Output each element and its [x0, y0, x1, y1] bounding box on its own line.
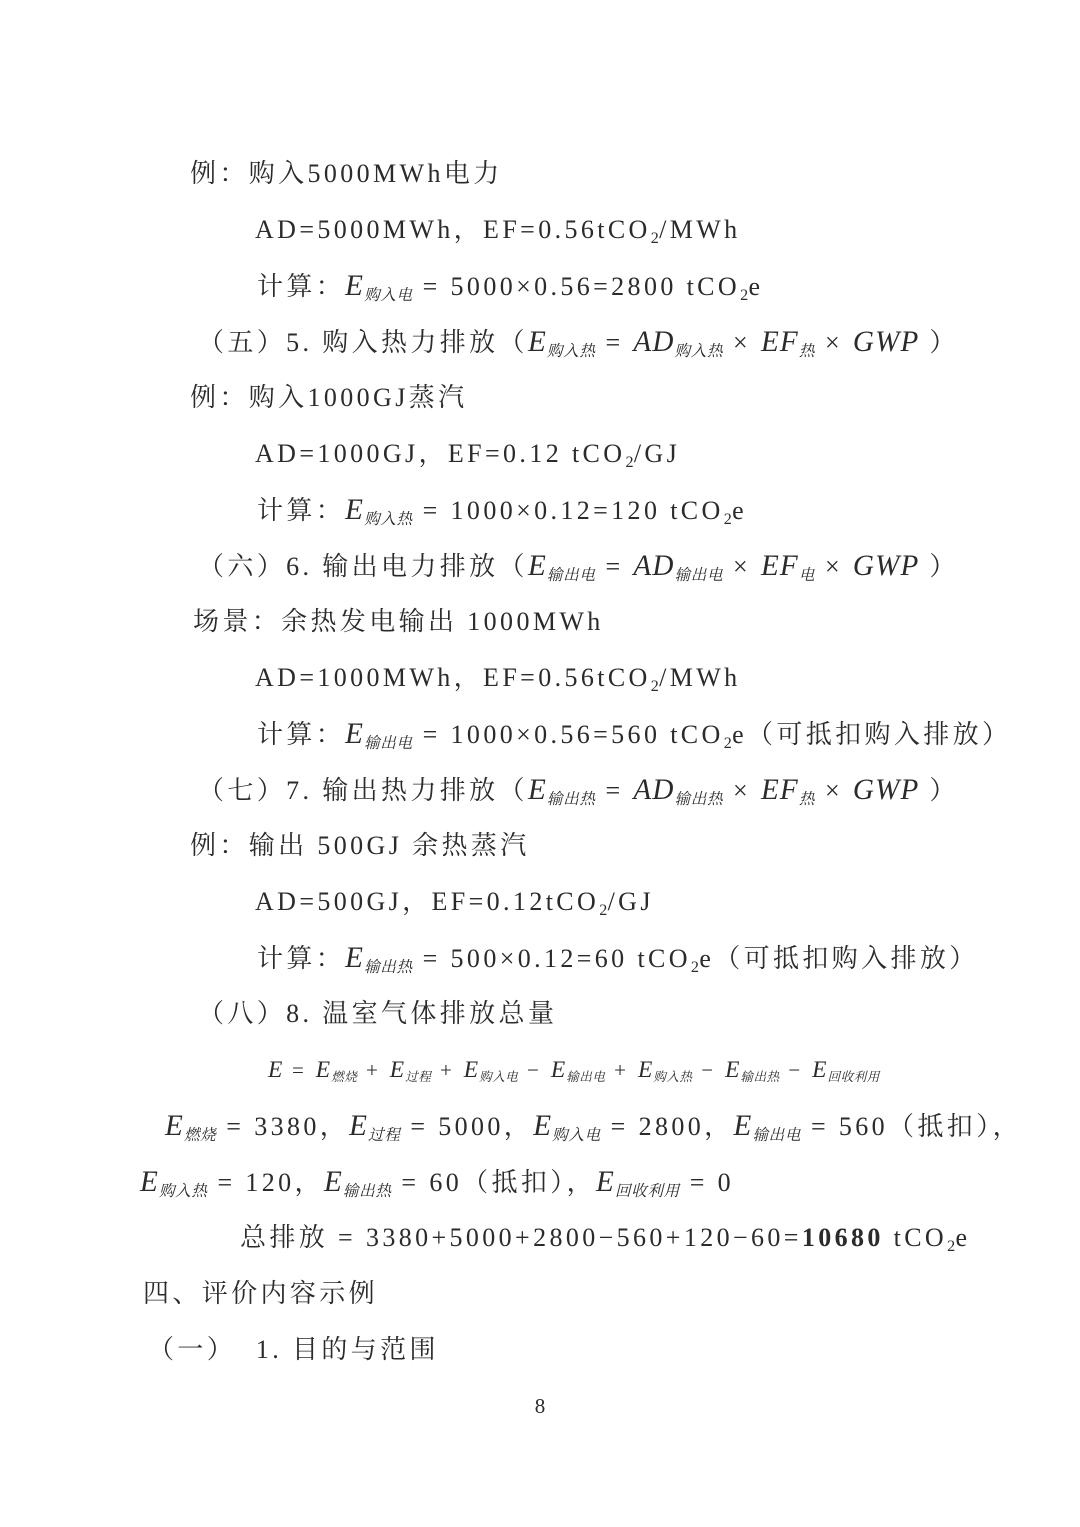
document-body: 例：购入5000MWh电力AD=5000MWh，EF=0.56tCO2/MWh计… [0, 146, 1080, 1378]
math-variable: E [349, 1110, 368, 1142]
subscript: 2 [651, 678, 659, 695]
purchased-heat-calculation: 计算：E购入热 = 1000×0.12=120 tCO2e [0, 482, 1080, 538]
subscript: 购入电 [552, 1127, 601, 1144]
math-variable: AD [633, 774, 674, 806]
text-run: ） [919, 552, 958, 581]
subscript: 回收利用 [827, 1070, 879, 1084]
subscript: 购入热 [364, 511, 413, 528]
math-variable: E [528, 774, 547, 806]
exported-heat-example: 例：输出 500GJ 余热蒸汽 [0, 818, 1080, 874]
text-run: ） [919, 328, 958, 357]
text-run: 计算： [257, 272, 345, 301]
math-variable: E [345, 718, 364, 750]
subscript: 输出电 [547, 567, 596, 584]
document-page: 例：购入5000MWh电力AD=5000MWh，EF=0.56tCO2/MWh计… [0, 0, 1080, 1527]
text-run: AD=1000GJ，EF=0.12 tCO [255, 439, 625, 468]
math-variable: E [345, 494, 364, 526]
text-run: e [955, 1223, 970, 1252]
text-run: − [693, 1058, 725, 1082]
math-variable: E [390, 1057, 405, 1083]
subscript: 电 [799, 567, 815, 584]
subscript: 热 [799, 791, 815, 808]
math-variable: E [268, 1057, 283, 1083]
text-run: × [815, 328, 853, 357]
text-run: ） [919, 776, 958, 805]
exported-heat-parameters: AD=500GJ，EF=0.12tCO2/GJ [0, 874, 1080, 930]
text-run: AD=1000MWh，EF=0.56tCO [255, 663, 651, 692]
text-run: /MWh [659, 215, 740, 244]
purchased-heat-parameters: AD=1000GJ，EF=0.12 tCO2/GJ [0, 426, 1080, 482]
section-5-purchased-heat-heading: （五）5. 购入热力排放（E购入热 = AD购入热 × EF热 × GWP ） [0, 314, 1080, 370]
text-run: = 120， [208, 1168, 324, 1197]
math-variable: AD [633, 550, 674, 582]
text-run: = [596, 552, 634, 581]
subscript: 购入电 [364, 287, 413, 304]
subscript: 输出电 [675, 567, 724, 584]
subscript: 2 [651, 230, 659, 247]
section-7-exported-heat-heading: （七）7. 输出热力排放（E输出热 = AD输出热 × EF热 × GWP ） [0, 762, 1080, 818]
text-run: 例：购入5000MWh电力 [190, 159, 503, 188]
text-run: 计算： [257, 720, 345, 749]
subscript: 输出电 [752, 1127, 801, 1144]
math-variable: E [528, 550, 547, 582]
text-run: = 5000×0.56=2800 tCO [413, 272, 740, 301]
text-run: /MWh [659, 663, 740, 692]
subscript: 热 [799, 343, 815, 360]
text-run: 总排放 = 3380+5000+2800−560+120−60= [240, 1223, 802, 1252]
math-variable: E [533, 1110, 552, 1142]
text-run: AD=500GJ，EF=0.12tCO [255, 887, 599, 916]
math-variable: E [316, 1057, 331, 1083]
text-run: + [357, 1058, 389, 1082]
subscript: 输出热 [364, 959, 413, 976]
subscript: 2 [625, 454, 633, 471]
text-run: = 2800， [601, 1112, 734, 1141]
text-run: = 1000×0.12=120 tCO [413, 496, 724, 525]
emission-values-line-1: E燃烧 = 3380，E过程 = 5000，E购入电 = 2800，E输出电 =… [0, 1098, 1080, 1154]
math-variable: E [140, 1166, 159, 1198]
subscript: 过程 [405, 1070, 431, 1084]
subscript: 2 [724, 735, 732, 752]
text-run: × [815, 552, 853, 581]
subscript: 2 [724, 511, 732, 528]
text-run: − [518, 1058, 550, 1082]
subscript: 购入热 [159, 1183, 208, 1200]
text-run: /GJ [634, 439, 680, 468]
text-run: e [732, 496, 747, 525]
purchased-electricity-calculation: 计算：E购入电 = 5000×0.56=2800 tCO2e [0, 258, 1080, 314]
text-run: = 500×0.12=60 tCO [413, 944, 691, 973]
text-run: （八）8. 温室气体排放总量 [198, 999, 557, 1028]
math-variable: E [812, 1057, 827, 1083]
text-run: （一） 1. 目的与范围 [148, 1335, 439, 1364]
math-variable: E [165, 1110, 184, 1142]
section-8-total-emissions-heading: （八）8. 温室气体排放总量 [0, 986, 1080, 1042]
text-run: 计算： [257, 944, 345, 973]
math-variable: GWP [853, 774, 920, 806]
math-variable: E [725, 1057, 740, 1083]
math-variable: E [345, 270, 364, 302]
subscript: 输出热 [675, 791, 724, 808]
total-emissions-formula: E = E燃烧 + E过程 + E购入电 − E输出电 + E购入热 − E输出… [0, 1042, 1080, 1098]
purchased-electricity-parameters: AD=5000MWh，EF=0.56tCO2/MWh [0, 202, 1080, 258]
page-number: 8 [0, 1378, 1080, 1434]
math-variable: E [345, 942, 364, 974]
math-variable: E [551, 1057, 566, 1083]
text-run: AD=5000MWh，EF=0.56tCO [255, 215, 651, 244]
text-run: tCO [884, 1223, 947, 1252]
text-run: （六）6. 输出电力排放（ [198, 552, 528, 581]
text-run: = 60（抵扣）， [392, 1168, 596, 1197]
subscript: 购入热 [653, 1070, 692, 1084]
text-run: 计算： [257, 496, 345, 525]
subsection-1-purpose-scope-heading: （一） 1. 目的与范围 [0, 1322, 1080, 1378]
emission-values-line-2: E购入热 = 120，E输出热 = 60（抵扣），E回收利用 = 0 [0, 1154, 1080, 1210]
subscript: 输出电 [364, 735, 413, 752]
subscript: 燃烧 [331, 1070, 357, 1084]
text-run: （五）5. 购入热力排放（ [198, 328, 528, 357]
text-run: = [283, 1058, 315, 1082]
text-run: = [596, 328, 634, 357]
subscript: 输出热 [547, 791, 596, 808]
purchased-electricity-example: 例：购入5000MWh电力 [0, 146, 1080, 202]
text-run: = 1000×0.56=560 tCO [413, 720, 724, 749]
math-variable: EF [761, 326, 799, 358]
math-variable: GWP [853, 326, 920, 358]
math-variable: EF [761, 550, 799, 582]
text-run: 例：输出 500GJ 余热蒸汽 [190, 831, 530, 860]
text-run: 例：购入1000GJ蒸汽 [190, 383, 467, 412]
subscript: 输出电 [566, 1070, 605, 1084]
text-run: = 3380， [216, 1112, 349, 1141]
text-run: + [606, 1058, 638, 1082]
subscript: 输出热 [740, 1070, 779, 1084]
text-run: = 5000， [400, 1112, 533, 1141]
subscript: 回收利用 [615, 1183, 680, 1200]
text-run: × [723, 552, 761, 581]
text-run: × [723, 328, 761, 357]
subscript: 燃烧 [184, 1127, 216, 1144]
section-4-heading: 四、评价内容示例 [0, 1266, 1080, 1322]
math-variable: E [596, 1166, 615, 1198]
math-variable: E [638, 1057, 653, 1083]
text-run: + [431, 1058, 463, 1082]
text-run: 10680 [802, 1223, 884, 1252]
math-variable: E [464, 1057, 479, 1083]
text-run: e（可抵扣购入排放） [699, 944, 978, 973]
subscript: 购入热 [547, 343, 596, 360]
section-6-exported-electricity-heading: （六）6. 输出电力排放（E输出电 = AD输出电 × EF电 × GWP ） [0, 538, 1080, 594]
exported-electricity-scenario: 场景：余热发电输出 1000MWh [0, 594, 1080, 650]
text-run: = 0 [680, 1168, 734, 1197]
text-run: 四、评价内容示例 [143, 1279, 378, 1308]
total-emissions-result: 总排放 = 3380+5000+2800−560+120−60=10680 tC… [0, 1210, 1080, 1266]
text-run: 场景：余热发电输出 1000MWh [193, 607, 604, 636]
exported-electricity-parameters: AD=1000MWh，EF=0.56tCO2/MWh [0, 650, 1080, 706]
math-variable: E [324, 1166, 343, 1198]
subscript: 过程 [368, 1127, 400, 1144]
subscript: 输出热 [343, 1183, 392, 1200]
math-variable: E [734, 1110, 753, 1142]
math-variable: AD [633, 326, 674, 358]
exported-heat-calculation: 计算：E输出热 = 500×0.12=60 tCO2e（可抵扣购入排放） [0, 930, 1080, 986]
text-run: = 560（抵扣）， [801, 1112, 1022, 1141]
text-run: − [780, 1058, 812, 1082]
text-run: × [815, 776, 853, 805]
purchased-heat-example: 例：购入1000GJ蒸汽 [0, 370, 1080, 426]
text-run: e [748, 272, 763, 301]
math-variable: EF [761, 774, 799, 806]
subscript: 购入热 [675, 343, 724, 360]
subscript: 2 [599, 902, 607, 919]
text-run: × [723, 776, 761, 805]
math-variable: E [528, 326, 547, 358]
text-run: /GJ [608, 887, 654, 916]
text-run: （七）7. 输出热力排放（ [198, 776, 528, 805]
subscript: 购入电 [479, 1070, 518, 1084]
text-run: = [596, 776, 634, 805]
math-variable: GWP [853, 550, 920, 582]
text-run: e（可抵扣购入排放） [732, 720, 1011, 749]
exported-electricity-calculation: 计算：E输出电 = 1000×0.56=560 tCO2e（可抵扣购入排放） [0, 706, 1080, 762]
